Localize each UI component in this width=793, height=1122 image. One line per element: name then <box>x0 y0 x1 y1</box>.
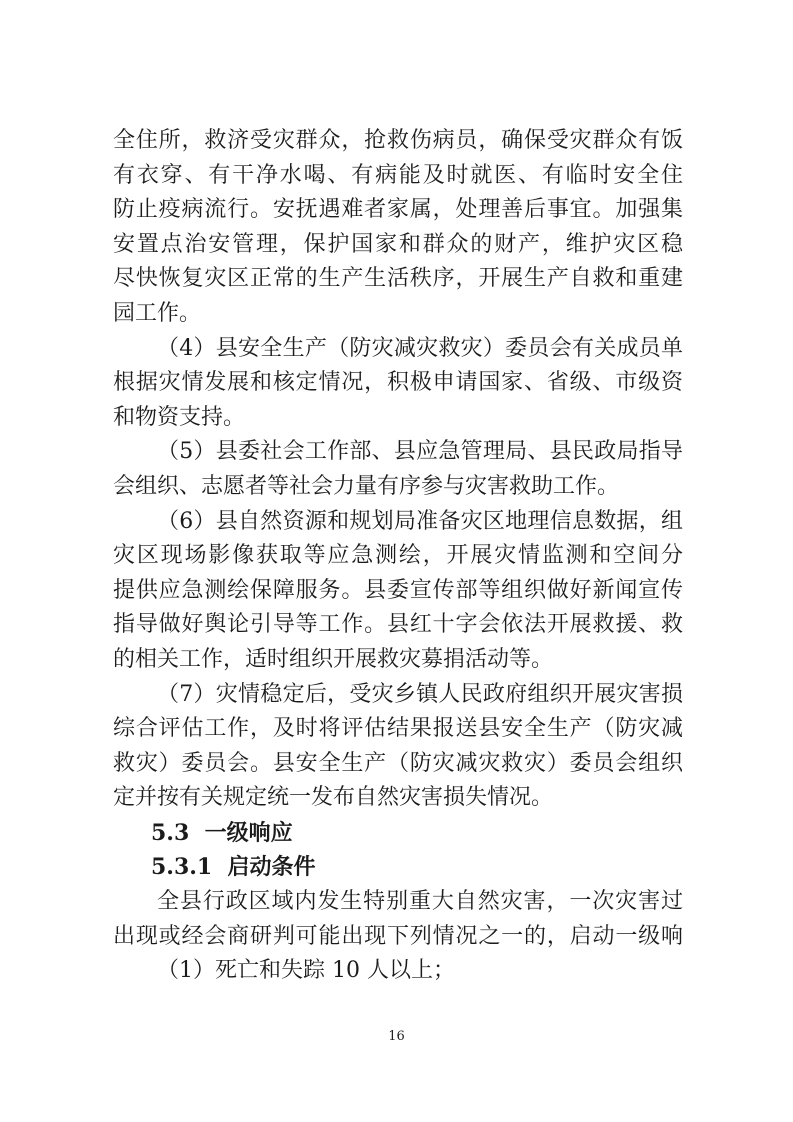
text-line: 全住所，救济受灾群众，抢救伤病员，确保受灾群众有饭吃、 <box>113 124 683 159</box>
text-line: 安置点治安管理，保护国家和群众的财产，维护灾区稳定； <box>113 228 683 263</box>
text-line: 根据灾情发展和核定情况，积极申请国家、省级、市级资金 <box>113 366 683 401</box>
text-line: （1）死亡和失踪 10 人以上； <box>113 954 683 989</box>
text-line: 定并按有关规定统一发布自然灾害损失情况。 <box>113 781 683 816</box>
text-line: 灾区现场影像获取等应急测绘，开展灾情监测和空间分析， <box>113 539 683 574</box>
page-number: 16 <box>0 1028 793 1046</box>
text-line: 和物资支持。 <box>113 401 683 436</box>
text-line: （5）县委社会工作部、县应急管理局、县民政局指导社 <box>113 435 683 470</box>
text-line: 出现或经会商研判可能出现下列情况之一的，启动一级响应： <box>113 920 683 955</box>
text-line: 园工作。 <box>113 297 683 332</box>
document-body: 全住所，救济受灾群众，抢救伤病员，确保受灾群众有饭吃、有衣穿、有干净水喝、有病能… <box>113 124 683 989</box>
text-line: 的相关工作，适时组织开展救灾募捐活动等。 <box>113 643 683 678</box>
text-line: 综合评估工作，及时将评估结果报送县安全生产（防灾减灾 <box>113 712 683 747</box>
text-line: 指导做好舆论引导等工作。县红十字会依法开展救援、救灾 <box>113 608 683 643</box>
text-line: 会组织、志愿者等社会力量有序参与灾害救助工作。 <box>113 470 683 505</box>
text-line: 有衣穿、有干净水喝、有病能及时就医、有临时安全住处， <box>113 159 683 194</box>
text-line: （6）县自然资源和规划局准备灾区地理信息数据，组织 <box>113 505 683 540</box>
text-line: 救灾）委员会。县安全生产（防灾减灾救灾）委员会组织核 <box>113 747 683 782</box>
text-line: 尽快恢复灾区正常的生产生活秩序，开展生产自救和重建家 <box>113 262 683 297</box>
text-line: （4）县安全生产（防灾减灾救灾）委员会有关成员单位 <box>113 332 683 367</box>
section-heading: 5.3.1 启动条件 <box>113 850 683 885</box>
text-line: （7）灾情稳定后，受灾乡镇人民政府组织开展灾害损失 <box>113 678 683 713</box>
text-line: 提供应急测绘保障服务。县委宣传部等组织做好新闻宣传和 <box>113 574 683 609</box>
section-heading: 5.3 一级响应 <box>113 816 683 851</box>
document-page: 全住所，救济受灾群众，抢救伤病员，确保受灾群众有饭吃、有衣穿、有干净水喝、有病能… <box>0 0 793 1122</box>
text-line: 防止疫病流行。安抚遇难者家属，处理善后事宜。加强集中 <box>113 193 683 228</box>
text-line: 全县行政区域内发生特别重大自然灾害，一次灾害过程 <box>113 885 683 920</box>
